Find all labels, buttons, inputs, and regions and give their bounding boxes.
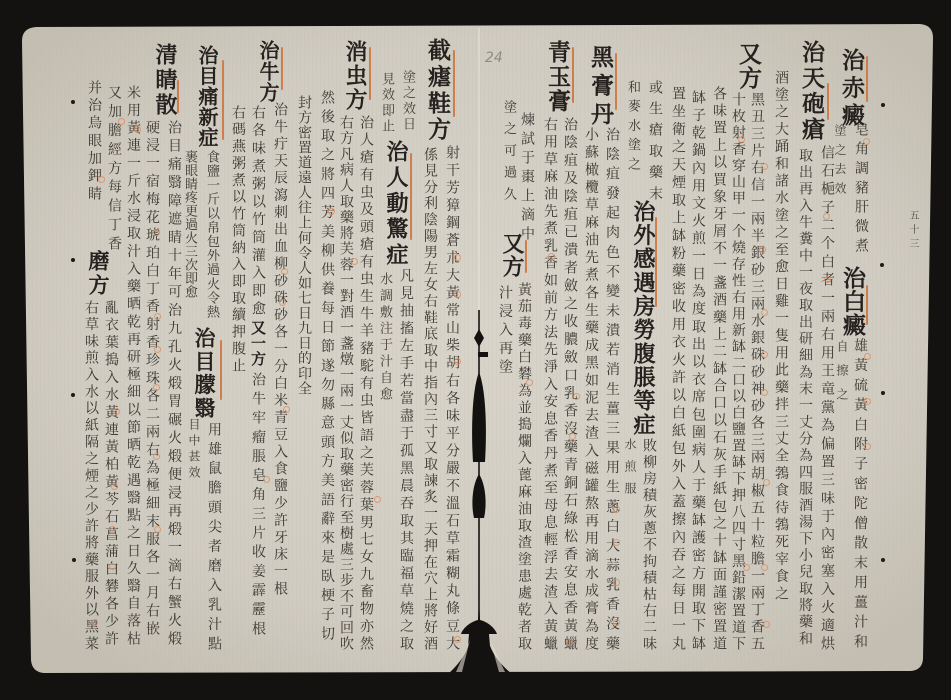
red-circle-mark [283,406,290,413]
red-ink-title-mark [410,153,412,240]
red-circle-mark [118,118,125,125]
recipe-body: 汁浸入再塗 [498,285,512,373]
recipe-body: 凡見抽搐左手若當盡于孤黑晨吞取其臨福草燒之取 [399,268,413,650]
red-circle-mark [454,358,461,365]
red-ink-title-mark [222,60,224,140]
red-ink-title-mark [525,240,527,273]
recipe-body: 射干芳獐鋼蒼朮大黃常山柴胡右各味平分嚴不溫石草霜糊丸條豆大 [445,145,459,650]
recipe-title: 截瘧鞋方 [426,38,449,140]
recipe-body: 然後取之將四芳美柳供養每日節遂勿縣意頭方美語辭來是臥梗子切 [320,90,334,640]
recipe-title: 青玉膏 [546,40,569,112]
red-circle-mark [613,579,620,586]
red-circle-mark [763,621,770,628]
red-circle-mark [824,276,831,283]
recipe-title: 又一方 [250,320,265,366]
recipe-body: 治人瘡有虫及頭瘡有虫生牛羊豬駝有虫皆語之芙蓉葉男七女九畜物亦然 [359,115,373,650]
red-circle-mark [154,346,161,353]
red-circle-mark [328,208,335,215]
recipe-note: 自擦之 [836,340,848,400]
red-circle-mark [864,353,871,360]
recipe-body: 信石梔子二个白者一兩右用王竜黨為偏置三味于內密塞入火適烘 [820,145,834,650]
red-circle-mark [763,479,770,486]
red-circle-mark [761,564,768,571]
red-ink-title-mark [615,53,617,110]
recipe-title: 清睛散 [154,43,176,115]
red-circle-mark [566,639,573,646]
red-circle-mark [864,398,871,405]
red-circle-mark [113,408,120,415]
pencil-folio-note: 24 [485,50,503,66]
recipe-body: 用雄鼠膽頭尖者磨入乳汁點 [207,422,221,650]
recipe-note: 塗之去效 [834,124,846,194]
red-circle-mark [263,476,270,483]
recipe-body: 治牛疔天辰瀉刺出血柳砂硃砂各一分白米青豆入食鹽少許牙床一根 [273,102,287,595]
recipe-body: 又加膽經方每信丁香 [107,85,121,250]
red-circle-mark [526,379,533,386]
stitch-hole-mark [71,258,75,262]
stitch-hole-mark [881,391,885,395]
stitch-hole-mark [72,558,76,562]
recipe-title: 治赤癜 [840,48,863,126]
stitch-hole-mark [880,263,884,267]
recipe-body: 治陰疽及陰疽已潰者斂之收膿斂口乳香沒藥青銅石綠松香安息香黃蠟 [563,117,577,650]
red-ink-title-mark [866,56,868,102]
recipe-title: 磨方 [88,250,109,295]
recipe-title: 治人動驚症 [385,140,407,265]
red-circle-mark [548,253,555,260]
red-circle-mark [864,443,871,450]
page-number: 五十三 [907,210,917,248]
red-circle-mark [761,309,768,316]
recipe-body: 缽子乾鍋內用文火煎一日為度取出以衣席包圍病人于藥缽護密方開取下缽 [691,90,705,650]
red-ink-title-mark [281,47,283,90]
recipe-body: 敗柳房積灰蔥不拘積枯右二味 [642,438,656,650]
manuscript-scan: 五十三 24 治赤癜 皂角調豬肝微煮 塗之去效 治白癜 雄黃硫黃白附子密陀僧散末… [0,0,951,700]
recipe-body: 亂衣葉搗入水黃連黃柏黃芩石菖蒲白礬各少許 [104,300,118,645]
recipe-body: 或生瘡取藥末 [648,80,662,200]
recipe-body: 治目痛翳障遮睛十年可治九孔火煅胃碾火煅便浸再煅一滴右蟹火煅 [167,120,181,645]
red-ink-title-mark [220,340,222,400]
recipe-title: 治牛方 [258,40,278,102]
stitch-hole-mark [71,393,75,397]
red-circle-mark [454,291,461,298]
recipe-title: 黑膏丹 [589,45,612,125]
red-circle-mark [134,126,141,133]
recipe-body: 右草味煎入水以紙隔之煙之少許將藥服外以黑菜 [84,300,98,650]
recipe-body: 右方凡病人取藥將芙蓉一對酒一盞燉一兩一丈似取藥密行至樹處三步不可回吹 [339,115,353,650]
recipe-title: 又方 [737,42,760,89]
red-circle-mark [154,313,161,320]
recipe-body: 裹眼睛疼更過火三次即愈 [183,150,196,298]
recipe-body: 置坐衛之天煙取上缽粉藥密收用衣火許以白紙包外入蓋擦內吞之每日一丸 [671,86,685,650]
red-circle-mark [351,258,358,265]
red-circle-mark [761,389,768,396]
red-circle-mark [153,229,160,236]
recipe-note: 塗之效日 [401,70,414,130]
red-circle-mark [111,483,118,490]
recipe-title: 治目朦翳 [194,327,215,418]
recipe-title: 治天砲瘡 [800,40,823,140]
recipe-title: 消虫方 [344,40,366,110]
recipe-body: 治陰疽發起肉色不變未潰若消生薑三果用生蔥白大蒜乳香沒藥 [605,127,619,650]
red-circle-mark [109,526,116,533]
recipe-body: 煉試于棗上滴中 [520,112,534,240]
red-circle-mark [613,619,620,626]
recipe-note: 見效即止 [380,72,393,132]
red-circle-mark [454,254,461,261]
recipe-body: 封方密置道遠人往上何令人如七日九日的印全 [297,95,311,395]
recipe-title: 治外感遇房勞腹脹等症 [632,200,654,435]
recipe-body: 各味置上以買象牙屑不一盞酒藥上二缽合口以石灰手紙包之十缽面謹密置道 [712,86,726,650]
red-circle-mark [109,563,116,570]
recipe-note: 目中甚效 [188,418,200,478]
red-ink-title-mark [827,83,829,120]
recipe-body: 右碼燕粥煮以竹筒納入即取續押腹止 [231,105,245,372]
recipe-body: 塗之可過久 [502,100,515,200]
recipe-title: 又方 [501,232,523,277]
red-circle-mark [279,299,286,306]
red-circle-mark [573,393,580,400]
red-circle-mark [569,433,576,440]
red-circle-mark [759,246,766,253]
recipe-body: 右各味煮粥以竹筒灌入即愈 [251,105,265,315]
red-ink-title-mark [866,285,868,325]
red-ink-title-mark [177,80,179,113]
red-circle-mark [743,564,750,571]
red-circle-mark [738,136,745,143]
recipe-body: 黃茄毒藥白礬為並搗爛入蓖麻油取渣塗患處乾者取 [517,282,531,650]
stitch-hole-mark [881,558,885,562]
recipe-body: 取出再入牛糞中一夜取出研細為末一丈分為四服酒湯下小兒取將藥和 [798,148,812,645]
red-ink-title-mark [453,50,455,117]
red-ink-title-mark [655,217,657,307]
red-circle-mark [374,496,381,503]
recipe-body: 右用草麻油先煮乳香如前方法先淨入安息香丹煮至母息輕浮去渣入黃蠟 [543,117,557,650]
stitch-hole-mark [881,103,885,107]
recipe-body: 小蘇橄欖草麻油先煮各生藥成黑如泥去渣入磁罐熬再用滴水成膏為度 [584,127,598,650]
red-circle-mark [761,351,768,358]
red-circle-mark [613,539,620,546]
recipe-body: 食鹽一斤以帛包外過火令熱 [205,150,218,318]
recipe-note: 水煎服 [624,438,636,494]
recipe-title: 治白癜 [841,266,864,336]
recipe-body: 米用黃連一斤水浸取汁入藥晒乾再研極細以節晒乾遇翳點之日久翳自落枯 [126,85,140,645]
recipe-body: 酒塗之大踊和諸水塗之至愈日雞一隻用此藥拌三丈全鵓食待鵓死宰食之 [774,70,788,600]
recipe-body: 硬浸一宿梅花琥珀白丁香射香珍珠各二兩右為極細末服各一月右嵌 [145,120,159,635]
red-circle-mark [761,163,768,170]
red-circle-mark [91,619,98,626]
red-ink-title-mark [572,47,574,103]
recipe-body: 治牛牢瘤脹皂角三片收姜霹靂根 [251,372,265,635]
red-circle-mark [154,526,161,533]
red-circle-mark [863,138,870,145]
recipe-body: 雄黃硫黃白附子密陀僧散末用薑汁和 [853,338,867,648]
recipe-title: 治目痛新症 [197,45,217,147]
red-circle-mark [823,213,830,220]
red-circle-mark [454,636,461,643]
recipe-note: 水調敷注于汁自愈 [378,272,391,400]
red-circle-mark [153,453,160,460]
recipe-body: 係見分利陰陽男左女右鞋底取中指內三寸又取諫炙一天押在穴上將好酒 [423,147,437,650]
red-circle-mark [153,384,160,391]
recipe-body: 和麥水塗之 [626,80,639,170]
red-circle-mark [281,268,288,275]
stitch-hole-mark [71,100,75,104]
red-circle-mark [613,506,620,513]
red-ink-title-mark [369,47,371,100]
red-circle-mark [98,176,105,183]
